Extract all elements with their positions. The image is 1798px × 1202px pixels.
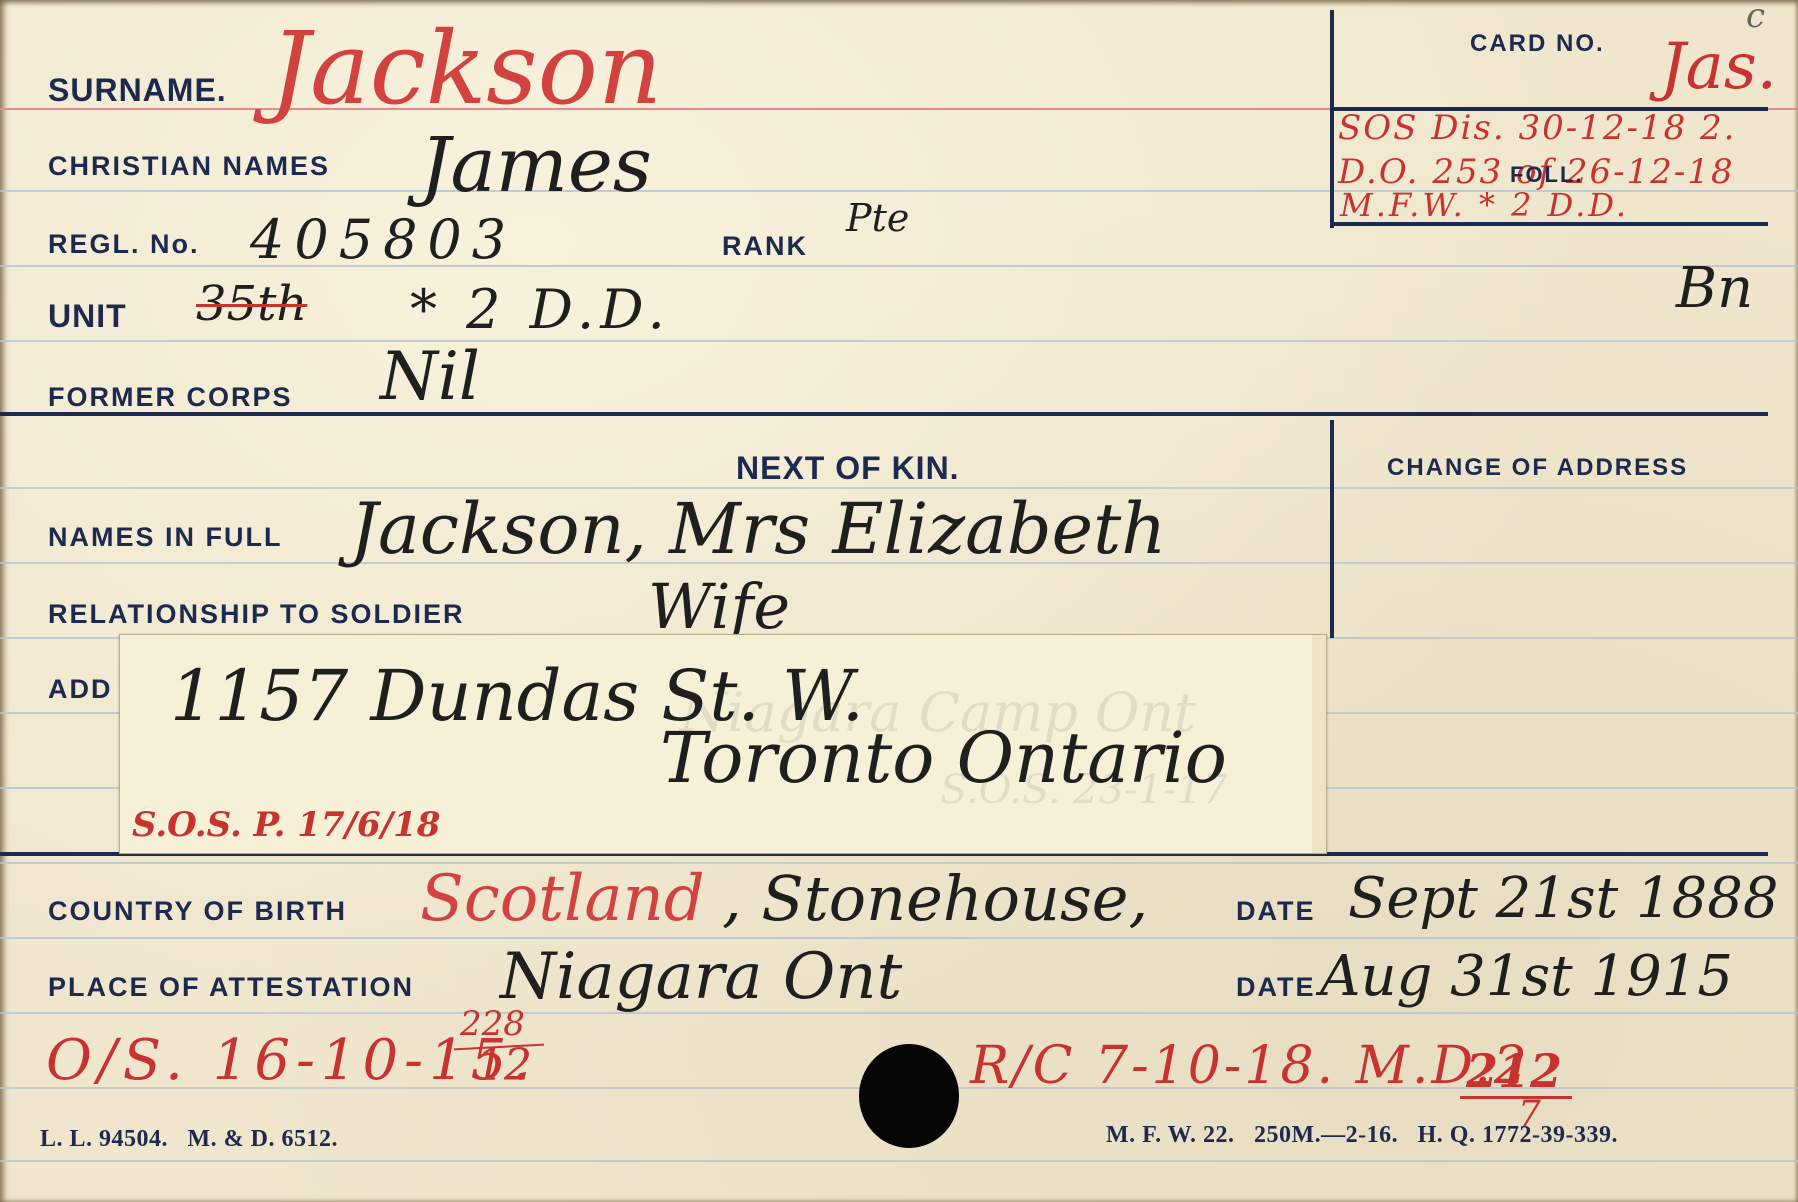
rule-line [0, 1160, 1798, 1162]
footer-left-print: L. L. 94504. M. & D. 6512. [40, 1126, 338, 1153]
surname-value: Jackson [270, 10, 662, 127]
card-no-label: CARD NO. [1470, 30, 1605, 58]
regl-no-value: 405803 [250, 208, 516, 271]
country-of-birth-label: COUNTRY OF BIRTH [48, 896, 347, 927]
attestation-date-label: DATE [1236, 972, 1316, 1003]
address-label: ADD [48, 674, 113, 705]
attestation-date-value: Aug 31st 1915 [1320, 944, 1733, 1009]
overseas-fraction-top: 228 [460, 1004, 525, 1044]
relationship-value: Wife [648, 570, 790, 643]
birth-place-value: , Stonehouse, [722, 862, 1148, 935]
former-corps-value: Nil [380, 338, 480, 415]
names-in-full-value: Jackson, Mrs Elizabeth [350, 488, 1166, 570]
pasted-address-slip: Niagara Camp Ont S.O.S. 23-1-17 1157 Dun… [119, 634, 1327, 854]
return-fraction-top: 212 [1466, 1044, 1562, 1098]
address-line-2: Toronto Ontario [660, 717, 1227, 799]
unit-value: * 2 D.D. [410, 278, 671, 341]
battalion-side-note: Bn [1676, 256, 1753, 321]
pencil-mark: c [1746, 0, 1765, 36]
card-annotation-line-1: SOS Dis. 30-12-18 2. [1338, 108, 1736, 148]
rule-line [0, 340, 1798, 342]
footer-right-print: M. F. W. 22. 250M.—2-16. H. Q. 1772-39-3… [1106, 1122, 1618, 1149]
index-card: CARD NO. Jas. c SOS Dis. 30-12-18 2. D.O… [0, 0, 1798, 1202]
rank-label: RANK [722, 231, 808, 262]
christian-names-value: James [420, 120, 652, 209]
surname-label: SURNAME. [48, 72, 227, 109]
address-stamp: S.O.S. P. 17/6/18 [132, 805, 440, 845]
card-annotation-line-3: M.F.W. * 2 D.D. [1340, 186, 1629, 224]
rule-line [0, 937, 1798, 939]
attestation-place-label: PLACE OF ATTESTATION [48, 972, 414, 1003]
birth-date-value: Sept 21st 1888 [1348, 866, 1778, 931]
change-address-divider [1330, 420, 1334, 638]
next-of-kin-title: NEXT OF KIN. [736, 450, 960, 487]
foll-label: FOLL. [1510, 162, 1584, 188]
rank-value: Pte [846, 196, 909, 240]
relationship-label: RELATIONSHIP TO SOLDIER [48, 599, 465, 630]
return-fraction-line [1460, 1096, 1572, 1099]
return-annotation: R/C 7-10-18. M.D.2 [970, 1036, 1530, 1096]
unit-label: UNIT [48, 298, 127, 335]
names-in-full-label: NAMES IN FULL [48, 522, 283, 553]
punch-hole [859, 1044, 959, 1148]
card-box-left-border [1330, 10, 1334, 228]
former-corps-label: FORMER CORPS [48, 382, 293, 413]
regl-no-label: REGL. No. [48, 229, 200, 260]
christian-names-label: CHRISTIAN NAMES [48, 151, 330, 182]
card-no-value: Jas. [1660, 30, 1777, 104]
birth-date-label: DATE [1236, 896, 1316, 927]
attestation-place-value: Niagara Ont [500, 940, 902, 1014]
unit-struck-value: 35th [196, 276, 307, 332]
country-of-birth-value: Scotland [420, 862, 705, 936]
change-of-address-title: CHANGE OF ADDRESS [1387, 454, 1688, 482]
